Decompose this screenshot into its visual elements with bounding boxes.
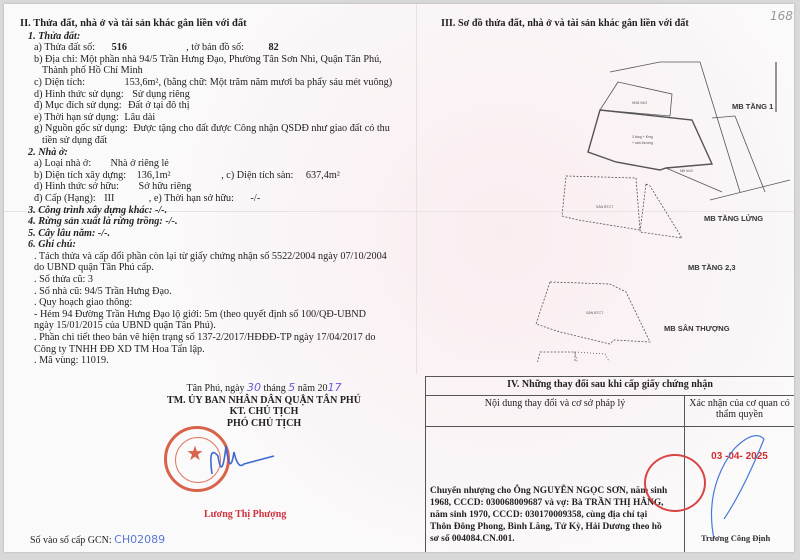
label-rooftop: MB SÂN THƯỢNG xyxy=(664,324,730,333)
parcel-row: a) Thửa đất số: 516 , tờ bản đồ số: 82 xyxy=(20,42,410,54)
house-type-row: a) Loại nhà ở: Nhà ở riêng lẻ xyxy=(20,158,410,170)
house-heading: 2. Nhà ở: xyxy=(20,147,410,159)
col-confirmation-header: Xác nhận của cơ quan có thẩm quyền xyxy=(685,396,795,427)
section-3-title: III. Sơ đồ thửa đất, nhà ở và tài sản kh… xyxy=(441,18,689,29)
officer-name: Trương Công Định xyxy=(701,533,770,543)
col-changes-header: Nội dung thay đổi và cơ sở pháp lý xyxy=(426,396,685,427)
note-line: . Tách thửa và cấp đổi phần còn lại từ g… xyxy=(20,251,410,263)
note-line: - Hẻm 94 Đường Trần Hưng Đạo lộ giới: 5m… xyxy=(20,309,410,321)
section-2-land-and-house: II. Thửa đất, nhà ở và tài sản khác gắn … xyxy=(20,18,410,367)
registry-number: Số vào sổ cấp GCN: CH02089 xyxy=(30,533,165,546)
svg-text:3 tầng + lửng: 3 tầng + lửng xyxy=(632,135,653,139)
role-1: KT. CHỦ TỊCH xyxy=(144,406,384,418)
signer-name: Lương Thị Phượng xyxy=(204,509,286,520)
purpose-row: đ) Mục đích sử dụng: Đất ở tại đô thị xyxy=(20,100,410,112)
svg-text:NHÀ 94/2: NHÀ 94/2 xyxy=(632,101,647,105)
area-row: c) Diện tích: 153,6m², (bằng chữ: Một tr… xyxy=(20,77,410,89)
term-row: e) Thời hạn sử dụng: Lâu dài xyxy=(20,112,410,124)
note-line: . Quy hoạch giao thông: xyxy=(20,297,410,309)
origin-row: g) Nguồn gốc sử dụng: Được tặng cho đất … xyxy=(20,123,410,135)
transfer-note: Chuyển nhượng cho Ông NGUYỄN NGỌC SƠN, n… xyxy=(430,485,670,545)
map-sheet-number: 82 xyxy=(246,42,278,53)
notes-heading: 6. Ghi chú: xyxy=(20,239,410,251)
column-divider xyxy=(416,4,417,374)
svg-text:SÀN BTCT: SÀN BTCT xyxy=(586,311,604,315)
note-line: . Mã vùng: 11019. xyxy=(20,355,410,367)
address-cont: Thành phố Hồ Chí Minh xyxy=(20,65,410,77)
label-mezzanine: MB TẦNG LỬNG xyxy=(704,214,763,223)
floor-plan-diagram: NHÀ 94/2 3 tầng + lửng + sân thượng NB 9… xyxy=(500,52,794,362)
note-line: . Phần chi tiết theo bản vẽ hiện trạng s… xyxy=(20,332,410,344)
signature-scribble-icon xyxy=(204,434,284,494)
note-line: Công ty TNHH ĐĐ XD TM Hoa Tấn lập. xyxy=(20,344,410,356)
handwritten-page-number: 168 xyxy=(770,9,793,23)
note-line: . Số nhà cũ: 94/5 Trần Hưng Đạo. xyxy=(20,286,410,298)
notes-list: . Tách thửa và cấp đổi phần còn lại từ g… xyxy=(20,251,410,367)
label-floor-2-3: MB TẦNG 2,3 xyxy=(688,263,736,272)
area-value: 153,6m², (bằng chữ: Một trăm năm mươi ba… xyxy=(125,77,393,88)
note-line: do UBND quận Tân Phú cấp. xyxy=(20,262,410,274)
ownership-row: d) Hình thức sở hữu: Sở hữu riêng xyxy=(20,181,410,193)
parcel-number: 516 xyxy=(98,42,184,54)
address-row: b) Địa chỉ: Một phần nhà 94/5 Trần Hưng … xyxy=(20,54,410,66)
origin-cont: tiền sử dụng đất xyxy=(20,135,410,147)
section-4-title: IV. Những thay đổi sau khi cấp giấy chứn… xyxy=(426,377,795,396)
land-heading: 1. Thửa đất: xyxy=(20,31,410,43)
perennial: 5. Cây lâu năm: -/-. xyxy=(20,228,410,240)
note-line: ngày 15/01/2015 của UBND quận Tân Phú). xyxy=(20,320,410,332)
signature-block: Tân Phú, ngày 30 tháng 5 năm 2017 TM. ỦY… xyxy=(144,382,384,429)
seal-star-icon: ★ xyxy=(186,444,204,464)
build-area-row: b) Diện tích xây dựng: 136,1m² , c) Diện… xyxy=(20,170,410,182)
address-value: Một phần nhà 94/5 Trần Hưng Đạo, Phường … xyxy=(80,54,382,65)
certificate-page: II. Thửa đất, nhà ở và tài sản khác gắn … xyxy=(4,4,794,552)
use-form-row: d) Hình thức sử dụng: Sử dụng riêng xyxy=(20,89,410,101)
label-floor-1: MB TẦNG 1 xyxy=(732,102,773,111)
svg-text:NB 94/3: NB 94/3 xyxy=(680,169,693,173)
forest: 4. Rừng sản xuất là rừng trồng: -/-. xyxy=(20,216,410,228)
sign-date: Tân Phú, ngày 30 tháng 5 năm 2017 xyxy=(144,382,384,395)
role-2: PHÓ CHỦ TỊCH xyxy=(144,418,384,430)
svg-text:SÀN BTCT: SÀN BTCT xyxy=(596,205,614,209)
grade-row: đ) Cấp (Hạng): III , e) Thời hạn sở hữu:… xyxy=(20,193,410,205)
section-2-title: II. Thửa đất, nhà ở và tài sản khác gắn … xyxy=(20,18,410,30)
issuing-org: TM. ỦY BAN NHÂN DÂN QUẬN TÂN PHÚ xyxy=(144,395,384,407)
other-works: 3. Công trình xây dựng khác: -/-. xyxy=(20,205,410,217)
note-line: . Số thửa cũ: 3 xyxy=(20,274,410,286)
officer-signature-icon xyxy=(694,429,774,549)
svg-text:+ sân thượng: + sân thượng xyxy=(632,141,653,145)
